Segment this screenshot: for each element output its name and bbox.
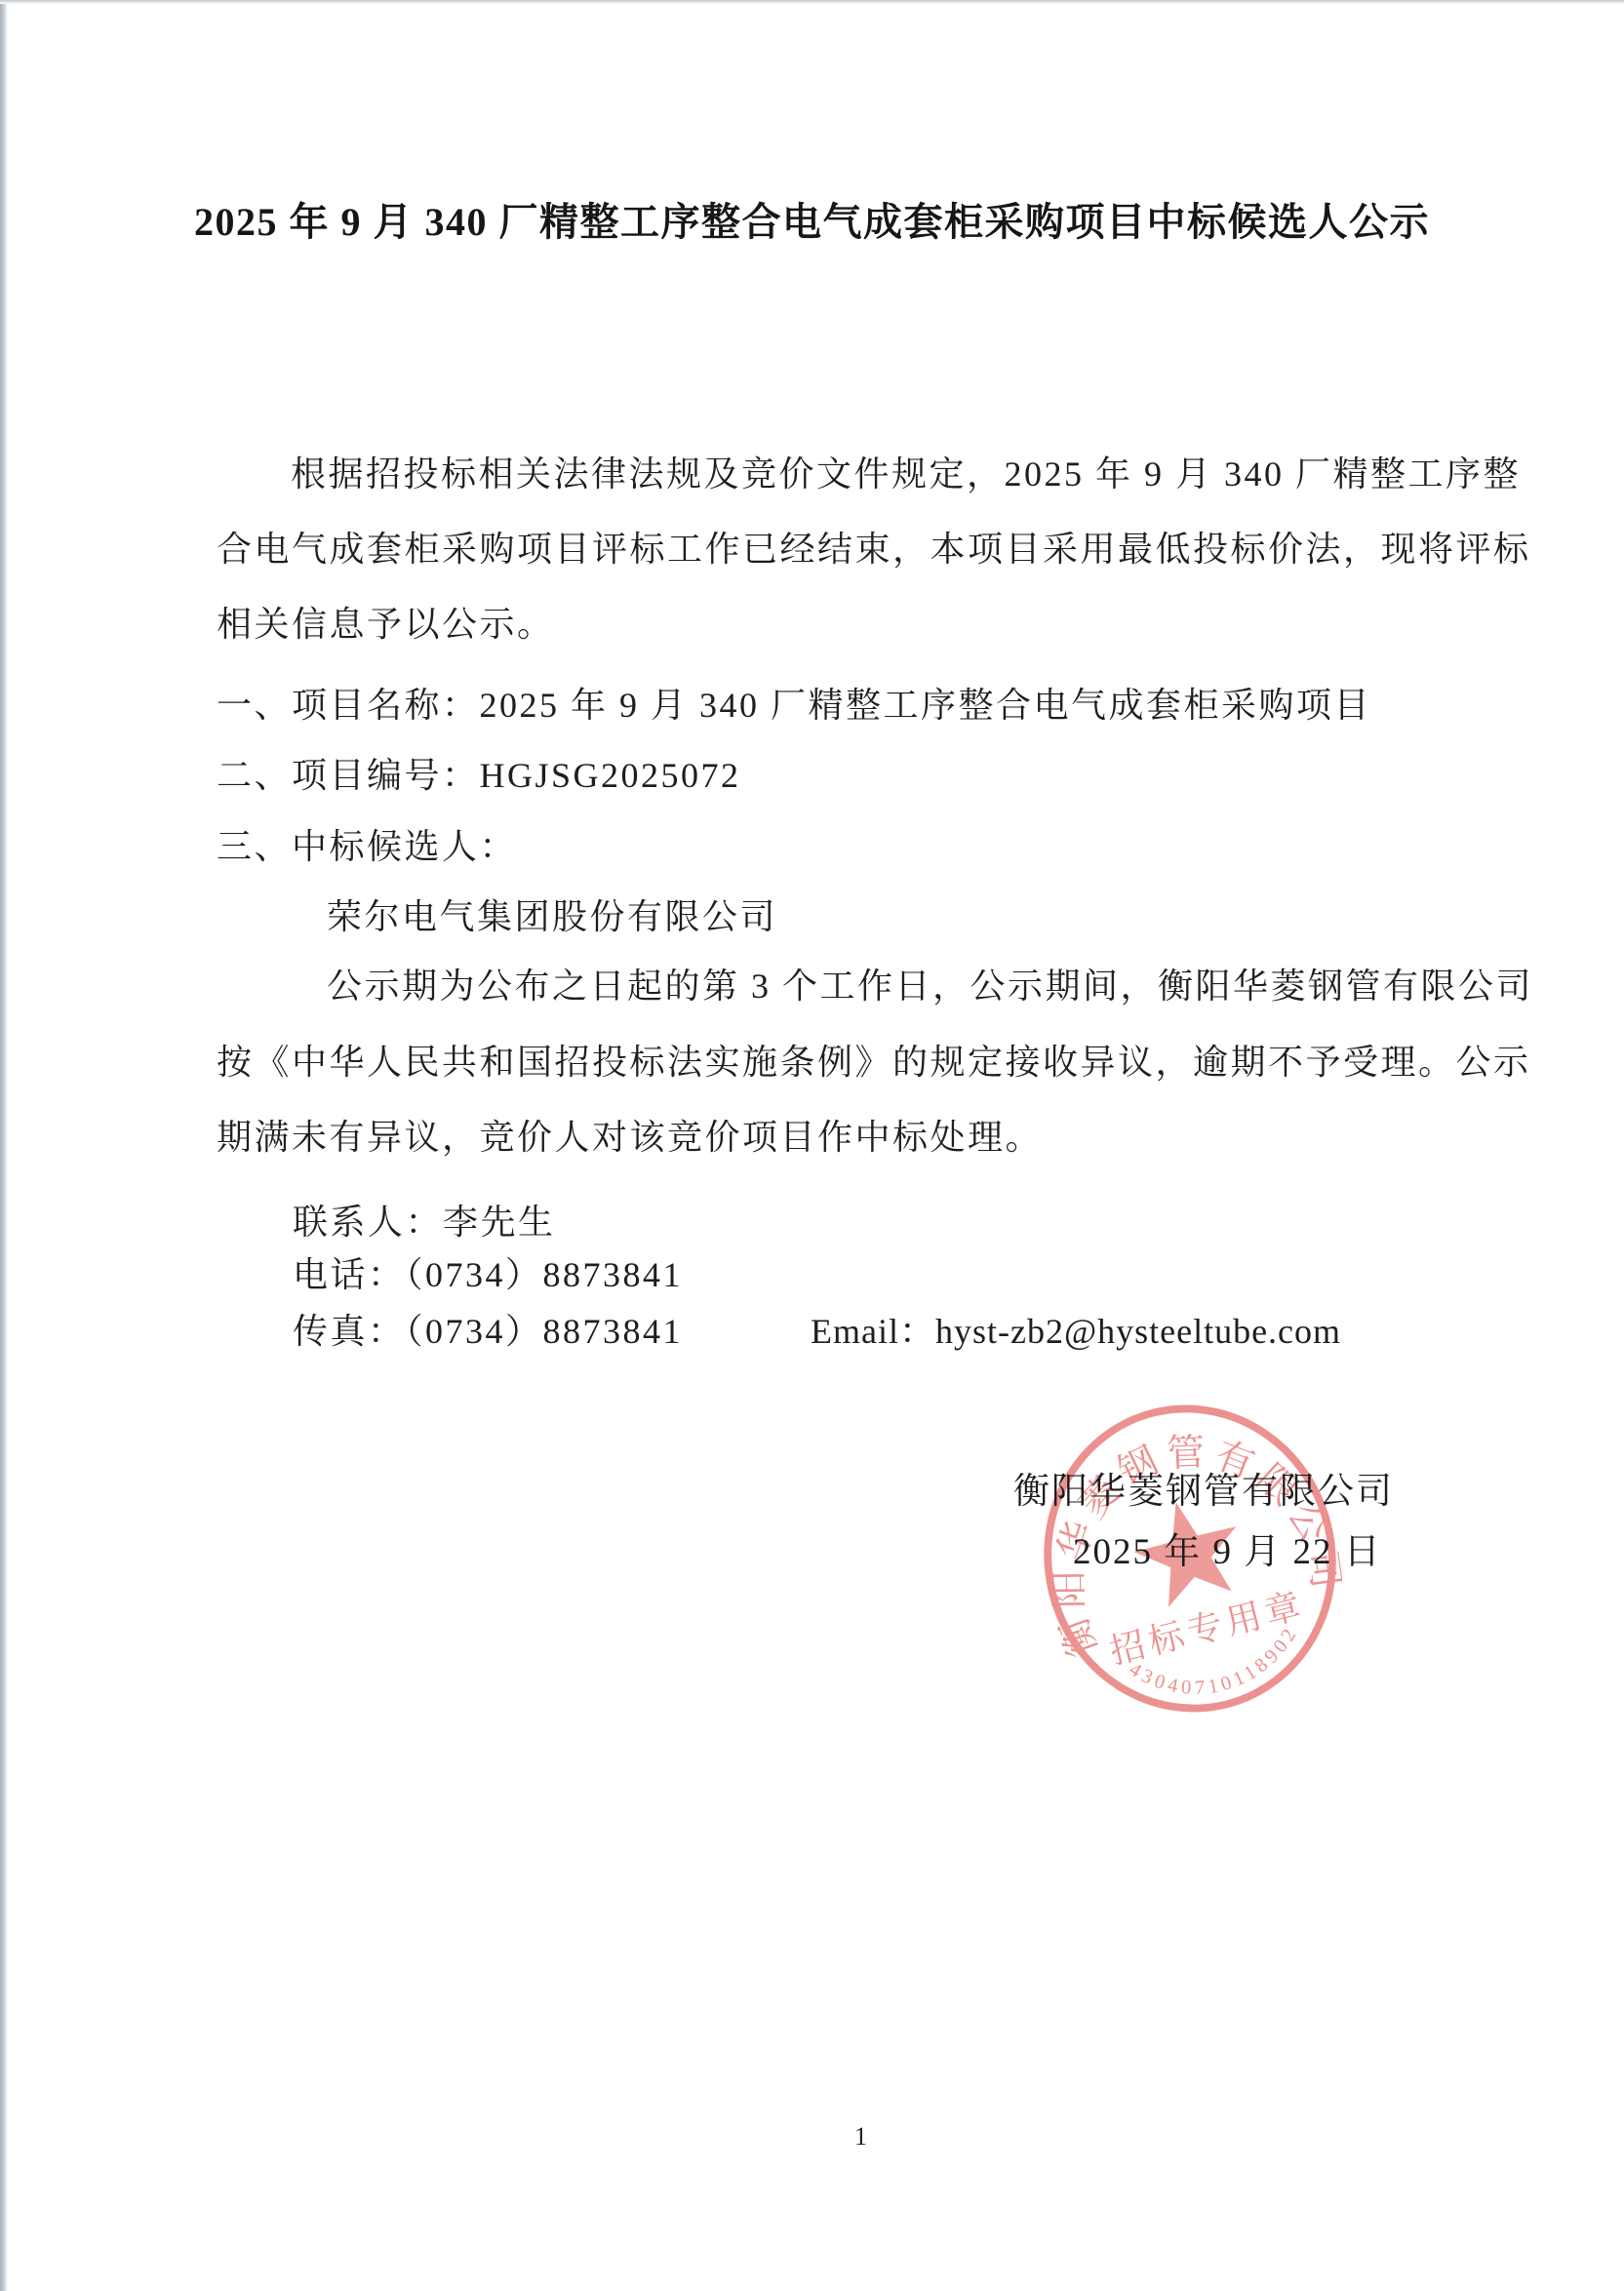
contact-email: Email：hyst-zb2@hysteeltube.com — [811, 1305, 1341, 1358]
contact-phone: 电话：（0734）8873841 — [293, 1248, 683, 1301]
list-item-project-number: 二、项目编号：HGJSG2025072 — [217, 738, 741, 813]
paragraph1-line3: 相关信息予以公示。 — [217, 587, 555, 662]
paragraph1-line2: 合电气成套柜采购项目评标工作已经结束，本项目采用最低投标价法，现将评标 — [217, 512, 1531, 587]
document-title: 2025 年 9 月 340 厂精整工序整合电气成套柜采购项目中标候选人公示 — [0, 199, 1624, 246]
list-item-project-name: 一、项目名称：2025 年 9 月 340 厂精整工序整合电气成套柜采购项目 — [217, 668, 1371, 743]
contact-fax-row: 传真：（0734）8873841 Email：hyst-zb2@hysteelt… — [293, 1305, 683, 1358]
scan-edge-top — [0, 0, 1624, 4]
candidate-company-name: 荣尔电气集团股份有限公司 — [327, 880, 777, 955]
page-number: 1 — [854, 2122, 867, 2152]
paragraph1-line1: 根据招投标相关法律法规及竞价文件规定，2025 年 9 月 340 厂精整工序整 — [217, 437, 1521, 512]
paragraph2-line2: 按《中华人民共和国招投标法实施条例》的规定接收异议，逾期不予受理。公示 — [217, 1025, 1531, 1100]
document-page: 2025 年 9 月 340 厂精整工序整合电气成套柜采购项目中标候选人公示 根… — [0, 0, 1624, 2291]
paragraph2-line3: 期满未有异议，竞价人对该竞价项目作中标处理。 — [217, 1100, 1043, 1175]
list-item-winning-candidate: 三、中标候选人： — [217, 810, 517, 885]
signature-date: 2025 年 9 月 22 日 — [1073, 1531, 1382, 1574]
contact-person: 联系人：李先生 — [293, 1196, 556, 1248]
contact-fax: 传真：（0734）8873841 — [293, 1312, 683, 1351]
paragraph2-line1: 公示期为公布之日起的第 3 个工作日，公示期间，衡阳华菱钢管有限公司 — [327, 949, 1533, 1024]
scan-edge-left — [0, 0, 8, 2291]
signature-company: 衡阳华菱钢管有限公司 — [1013, 1471, 1394, 1514]
